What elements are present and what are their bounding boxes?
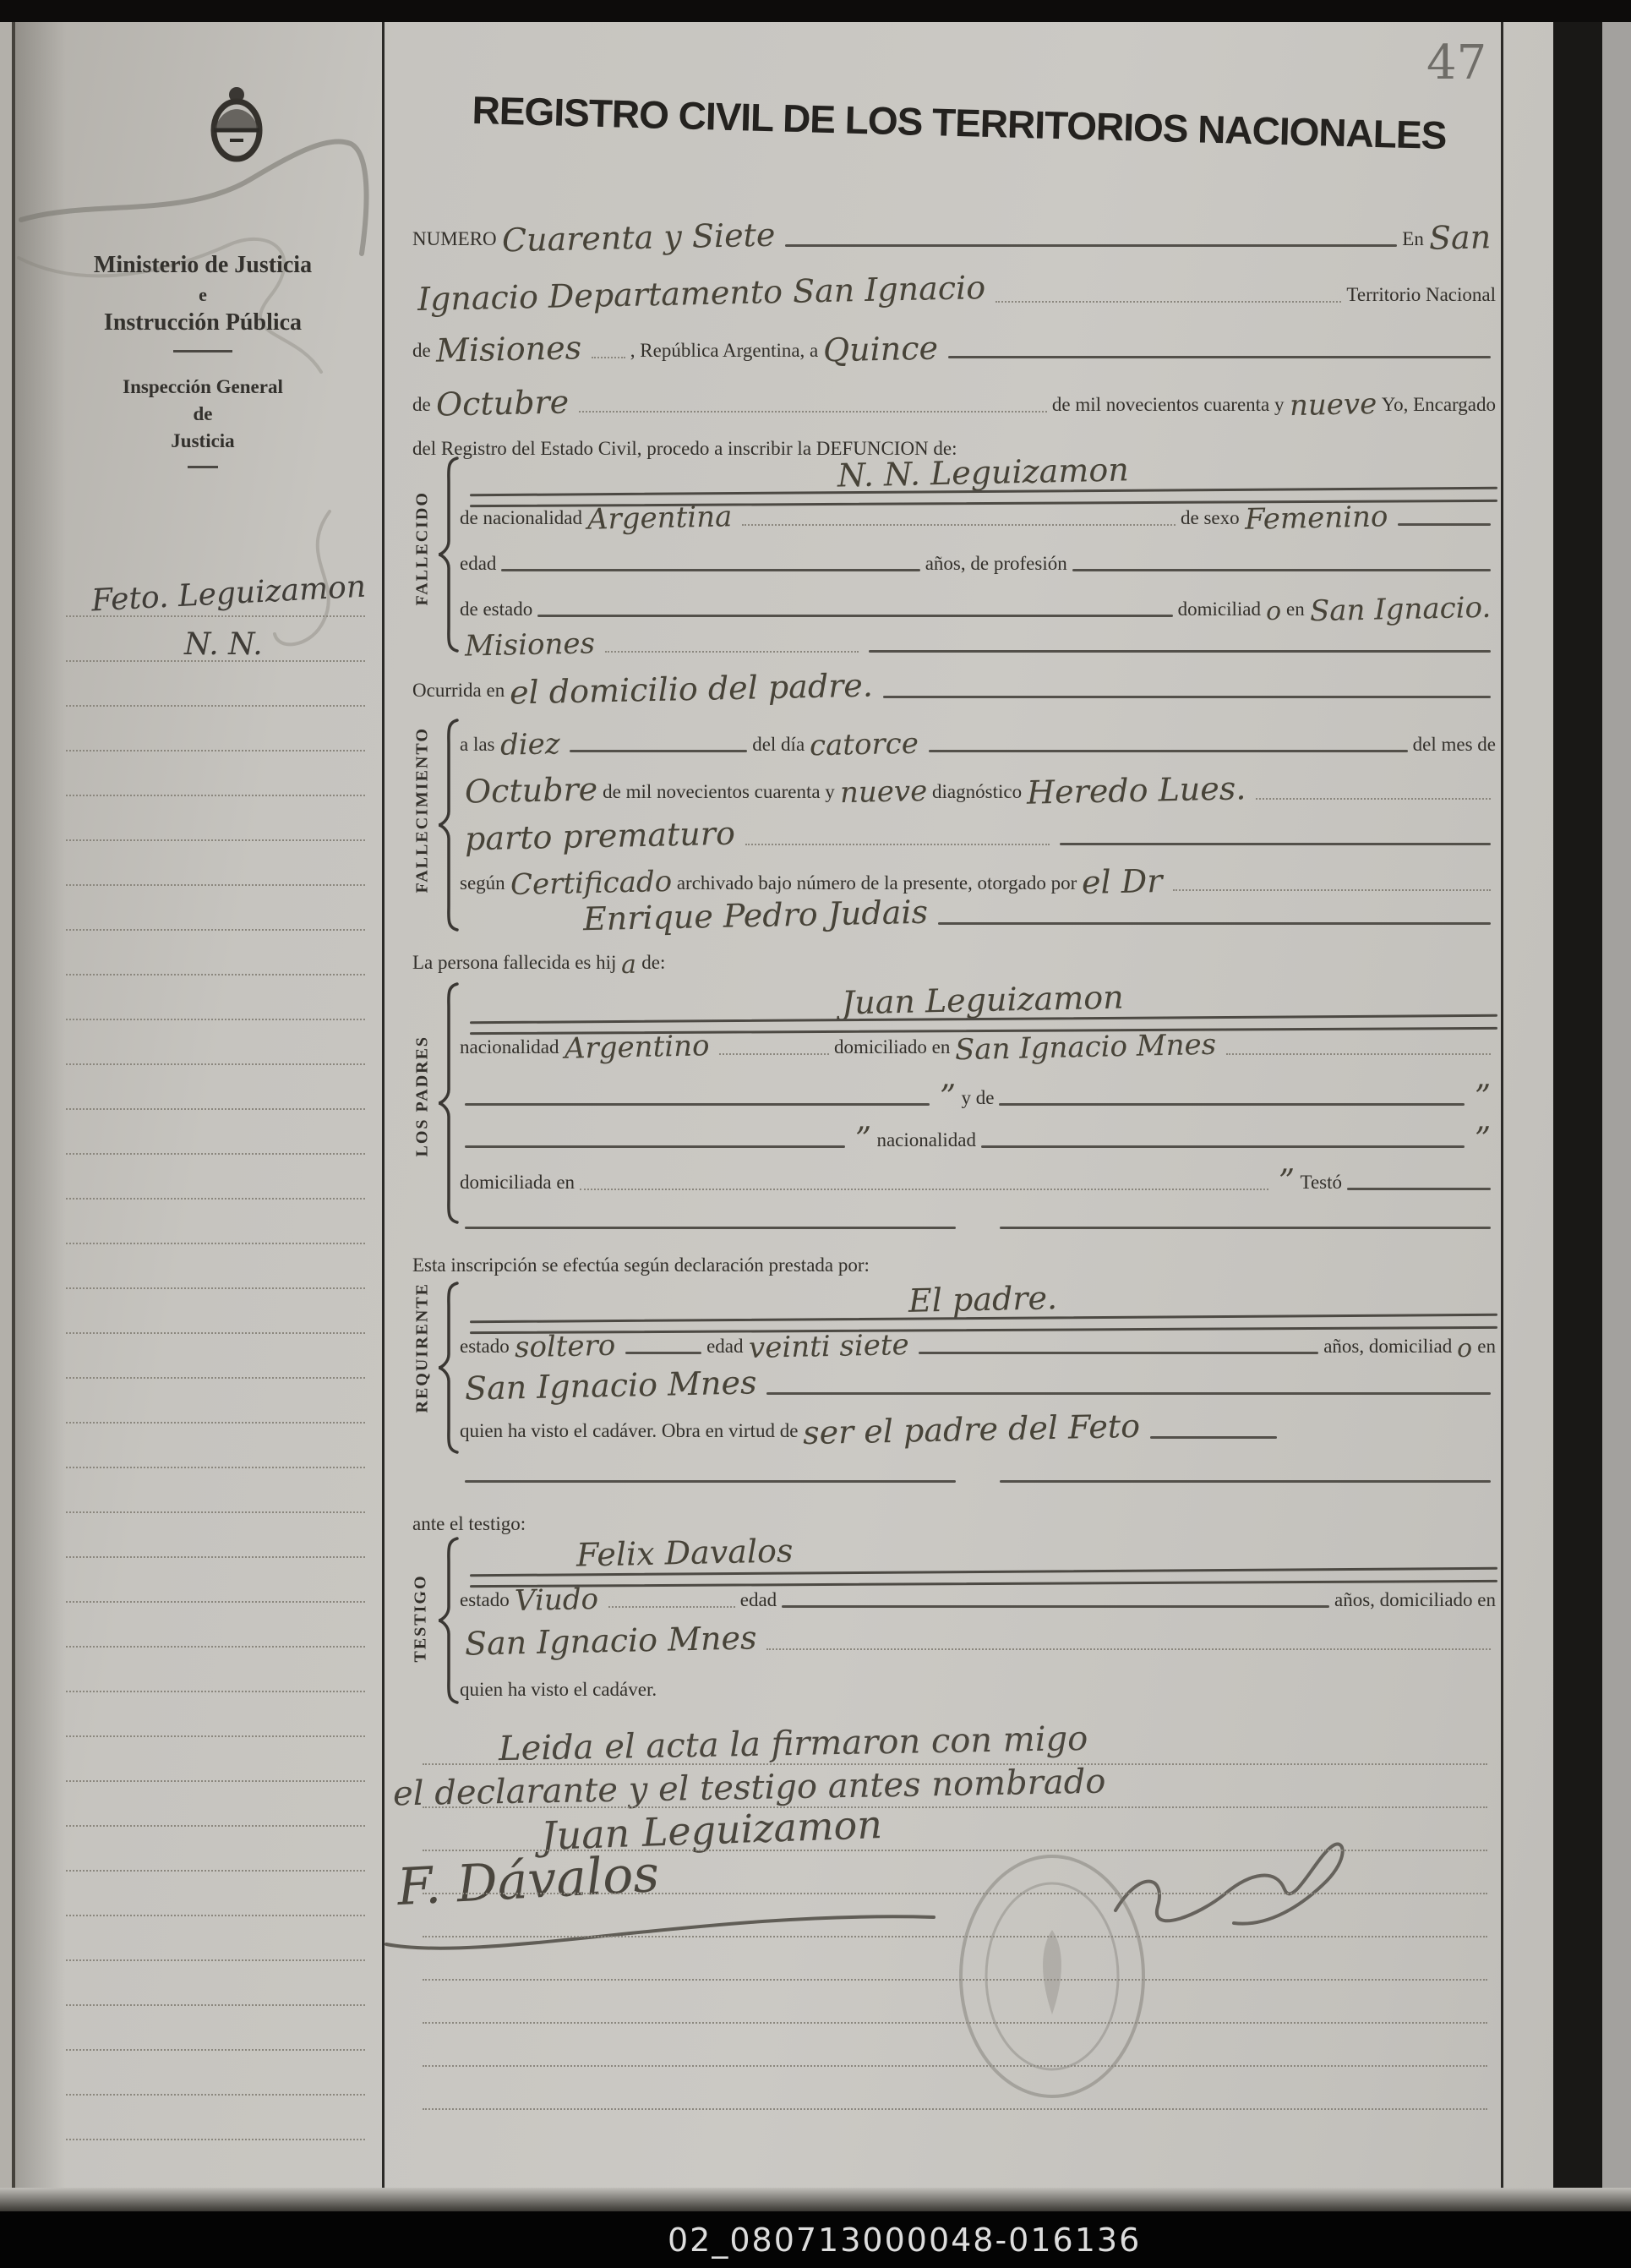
line-fill [465,1227,956,1229]
margin-dotted-line [66,974,365,976]
brace-fallecido [436,456,460,653]
line-fill [579,411,1047,413]
line-fill [766,1392,1491,1395]
margin-dotted-line [66,1332,365,1334]
anios-label: años, domiciliad [1323,1336,1452,1363]
margin-dotted-line [66,839,365,841]
line-fill [1000,1227,1491,1229]
margin-dotted-line [66,929,365,931]
margin-dotted-line [66,2004,365,2006]
de-label: de [412,340,431,367]
margin-dotted-line [66,1422,365,1424]
testigo-domicilio-value: San Ignacio Mnes [460,1619,762,1662]
territorio-label: Territorio Nacional [1346,284,1496,311]
mes-label: del mes de [1413,734,1496,761]
margin-dotted-line [66,750,365,751]
inspection-line1: Inspección General [34,376,372,398]
ditto-mark: ” [850,1120,877,1158]
line-fill [996,301,1341,303]
day-value: Quince [818,329,944,369]
page-bottom-shadow [0,2188,1631,2211]
row-testigo-visto: quien ha visto el cadáver. [460,1667,1496,1706]
margin-dotted-line [66,1377,365,1379]
line-fill [1000,1480,1491,1483]
hija-printed-b: de: [641,952,665,979]
section-label-fallecimiento: FALLECIMIENTO [413,758,433,894]
row-virtud: quien ha visto el cadáver. Obra en virtu… [460,1408,1496,1447]
margin-dotted-line [66,1019,365,1020]
anios-label: años, domiciliado en [1334,1589,1496,1616]
requirente-domicilio-value: San Ignacio Mnes [460,1364,762,1407]
line-fill [719,1053,829,1055]
nacionalidad-label: nacionalidad [460,1036,559,1063]
visto-label: quien ha visto el cadáver. Obra en virtu… [460,1420,798,1447]
line-fill [537,615,1172,617]
row-ocurrida: Ocurrida en el domicilio del padre. [412,668,1496,707]
margin-dotted-line [66,1646,365,1648]
margin-rule-1 [173,350,232,352]
anio-label: de mil novecientos cuarenta y [603,781,835,808]
margin-dotted-line [66,1691,365,1692]
margin-dotted-line [66,1198,365,1200]
hija-printed-a: La persona fallecida es hij [412,952,616,979]
diagnostico-label: diagnóstico [932,781,1022,808]
row-padre-nacionalidad: nacionalidad Argentino domiciliado en Sa… [460,1025,1496,1063]
margin-dotted-line [66,1467,365,1468]
row-fallecido-nacionalidad: de nacionalidad Argentina de sexo Femeni… [460,495,1496,534]
row-numero: NUMERO Cuarenta y Siete En San [412,216,1496,255]
hija-hw-a: a [616,950,642,981]
line-fill [1256,798,1491,800]
margin-dotted-line [66,1870,365,1872]
form-dotted-line [423,2022,1487,2024]
line-fill [570,750,747,752]
row-testigo-domicilio: San Ignacio Mnes [460,1620,1496,1659]
line-fill [625,1352,701,1354]
sexo-label: de sexo [1181,507,1240,534]
row-hora-dia: a las diez del día catorce del mes de [460,722,1496,761]
form-dotted-line [423,2108,1487,2110]
virtud-value: ser el padre del Feto [798,1407,1146,1452]
margin-dotted-line [66,1959,365,1961]
row-testigo-estado: estado Viudo edad años, domiciliado en [460,1577,1496,1616]
closing-line1: Leida el acta la firmaron con migo [499,1719,1088,1768]
hora-label: a las [460,734,495,761]
row-padre-nombre: Juan Leguizamon [470,979,1496,1018]
hw-letter-o: o [1452,1334,1478,1364]
row-requirente-empty [460,1452,1496,1491]
numero-label: NUMERO [412,228,497,255]
row-madre-domicilio: domiciliada en ” Testó [460,1160,1496,1199]
margin-dotted-line [66,884,365,886]
brace-requirente [436,1282,460,1454]
line-fill [465,1103,930,1106]
margin-column: Ministerio de Justicia e Instrucción Púb… [34,118,372,473]
margin-dotted-line [66,660,365,662]
margin-dotted-line [66,2094,365,2096]
scanned-death-record-page: Ministerio de Justicia e Instrucción Púb… [0,0,1631,2268]
nacionalidad2-label: nacionalidad [876,1129,976,1156]
margin-dotted-line [66,1915,365,1916]
row-testigo-nombre: Felix Davalos [470,1532,1496,1571]
en-value: San [1423,218,1496,257]
inspection-line2: de [34,403,372,425]
scan-background-right [1602,0,1631,2268]
row-requirente-domicilio: San Ignacio Mnes [460,1364,1496,1403]
padre-nombre: Juan Leguizamon [837,978,1130,1021]
profesion-label: años, de profesión [925,553,1067,580]
diagnostico-value2: parto prematuro [460,815,741,858]
line-fill [605,651,859,653]
de-label-2: de [412,394,431,421]
row-fallecido-nombre: N. N. Leguizamon [470,451,1496,490]
line-fill [1226,1053,1491,1055]
estado-value: Viudo [509,1582,603,1618]
en-label: en [1477,1336,1496,1363]
margin-dotted-line [66,1511,365,1513]
margin-dotted-line [66,1287,365,1289]
row-mes-diagnostico: Octubre de mil novecientos cuarenta y nu… [460,769,1496,808]
section-label-fallecido: FALLECIDO [413,505,433,606]
form-dotted-line [423,1806,1487,1808]
republica-label: , República Argentina, a [630,340,819,367]
declarante-value: El padre. [903,1279,1063,1320]
row-esta-inscripcion: Esta inscripción se efectúa según declar… [412,1243,1496,1282]
line-fill [999,1103,1464,1106]
padre-nacionalidad-value: Argentino [559,1029,714,1066]
fallecido-domicilio-value2: Misiones [460,626,601,663]
line-fill [981,1145,1465,1148]
ditto-mark: ” [1274,1162,1301,1200]
line-fill [465,1145,845,1148]
line-fill [869,650,1491,653]
territorio-value: Misiones [430,329,586,369]
row-parto: parto prematuro [460,815,1496,854]
edad-label: edad [740,1589,777,1616]
margin-note-line2: N. N. [184,627,263,662]
ministry-line3: Instrucción Pública [34,311,372,335]
line-fill [608,1606,735,1608]
margin-dotted-line [66,2049,365,2051]
testigo-visto-label: quien ha visto el cadáver. [460,1679,657,1706]
form-dotted-line [423,1936,1487,1937]
row-madre-ditto: ” y de ” [460,1075,1496,1114]
ministry-line2: e [34,284,372,306]
section-label-requirente: REQUIRENTE [413,1295,433,1413]
line-fill [782,1605,1329,1608]
nacionalidad-label: de nacionalidad [460,507,582,534]
row-madre-nacionalidad: ” nacionalidad ” [460,1118,1496,1156]
line-fill [1150,1436,1277,1439]
numero-value: Cuarenta y Siete [496,216,780,259]
row-fallecido-edad: edad años, de profesión [460,541,1496,580]
brace-los-padres [436,982,460,1224]
diagnostico-value: Heredo Lues. [1022,769,1252,812]
scan-background-left [0,0,12,2268]
margin-dotted-line [66,1780,365,1782]
margin-dotted-line [66,1556,365,1558]
year-label: de mil novecientos cuarenta y [1052,394,1285,421]
year-value: nueve [1284,387,1382,423]
form-title: REGISTRO CIVIL DE LOS TERRITORIOS NACION… [423,85,1497,159]
line-fill [766,1648,1491,1650]
ditto-mark: ” [1469,1078,1496,1116]
y-de-label: y de [962,1087,995,1114]
margin-dotted-line [66,1601,365,1603]
line-fill [883,696,1491,698]
line-fill [938,922,1491,925]
line-fill [1398,523,1491,526]
row-departamento: Ignacio Departamento San Ignacio Territo… [412,272,1496,311]
estado-label: estado [460,1589,510,1616]
margin-rule-2 [188,466,218,468]
margin-dotted-line [66,1108,365,1110]
edad-label: edad [460,553,496,580]
row-fallecido-estado: de estado domiciliad o en San Ignacio. [460,587,1496,626]
month-value: Octubre [430,383,574,424]
line-fill [745,844,1050,845]
form-dotted-line [423,1979,1487,1981]
right-form-rule [1501,22,1503,2208]
margin-dotted-line [66,1153,365,1155]
row-padres-empty [460,1199,1496,1238]
pen-stroke-fill [501,569,919,571]
mes-value: Octubre [460,770,603,811]
line-fill [919,1352,1318,1354]
archive-id: 02_080713000048-016136 [668,2222,1141,2259]
brace-testigo [436,1537,460,1704]
ocurrida-value: el domicilio del padre. [505,666,879,711]
scan-edge-top [0,0,1631,22]
padre-domicilio-value: San Ignacio Mnes [950,1028,1222,1068]
sexo-value: Femenino [1239,500,1393,537]
row-medico: Enrique Pedro Judais [460,894,1496,933]
line-fill [929,750,1408,752]
nacionalidad-value: Argentina [582,500,738,537]
margin-dotted-line [66,1825,365,1827]
line-fill [742,524,1176,526]
medico-value: Enrique Pedro Judais [578,894,934,938]
testigo-nombre: Felix Davalos [571,1532,799,1574]
line-fill [948,356,1491,358]
row-territorio: de Misiones , República Argentina, a Qui… [412,328,1496,367]
ditto-mark: ” [1469,1120,1496,1158]
signature-flourish [385,1885,942,1961]
hora-value: diez [494,727,565,762]
margin-dotted-line [66,1063,365,1065]
line-fill [592,357,625,358]
row-declarante: El padre. [470,1278,1496,1317]
margin-dotted-line [66,1735,365,1737]
fallecido-nombre: N. N. Leguizamon [832,451,1134,494]
inspection-line3: Justicia [34,430,372,452]
yo-encargado-label: Yo, Encargado [1382,394,1496,421]
brace-fallecimiento [436,719,460,932]
anio-value: nueve [834,774,932,810]
section-label-testigo: TESTIGO [412,1578,431,1663]
edad-label: edad [706,1336,743,1363]
row-fallecido-misiones: Misiones [460,622,1496,661]
domiciliada-label: domiciliada en [460,1172,575,1199]
line-fill [580,1189,1268,1190]
margin-dotted-line [66,615,365,617]
line-fill [465,1480,956,1483]
line-fill [1173,889,1491,891]
form-dotted-line [423,1850,1487,1851]
dia-label: del día [752,734,805,761]
row-requirente-estado: estado soltero edad veinti siete años, d… [460,1324,1496,1363]
margin-dotted-line [66,1243,365,1244]
line-fill [785,244,1397,247]
line-fill [1347,1188,1491,1190]
form-dotted-line [423,2065,1487,2067]
book-edge-right [1553,0,1602,2268]
estado-label: estado [460,1336,510,1363]
en-label: En [1402,228,1424,255]
ministry-line1: Ministerio de Justicia [34,254,372,277]
form-dotted-line [423,1893,1487,1894]
margin-dotted-line [66,705,365,707]
departamento-value: Ignacio Departamento San Ignacio [412,269,991,318]
ocurrida-label: Ocurrida en [412,680,505,707]
line-fill [1060,843,1491,845]
testo-label: Testó [1301,1172,1343,1199]
estado-value: soltero [509,1329,620,1365]
form-dotted-line [423,1763,1487,1765]
margin-dotted-line [66,795,365,796]
dia-value: catorce [805,727,925,763]
margin-dotted-line [66,2139,365,2140]
edad-value: veinti siete [743,1328,914,1365]
section-label-los-padres: LOS PADRES [413,1047,433,1157]
line-fill [1072,569,1491,571]
ditto-mark: ” [935,1078,962,1116]
row-mes-anio: de Octubre de mil novecientos cuarenta y… [412,382,1496,421]
domiciliado-label: domiciliado en [834,1036,950,1063]
row-hija-de: La persona fallecida es hij a de: [412,940,1496,979]
page-number-handwritten: 47 [1426,36,1486,90]
